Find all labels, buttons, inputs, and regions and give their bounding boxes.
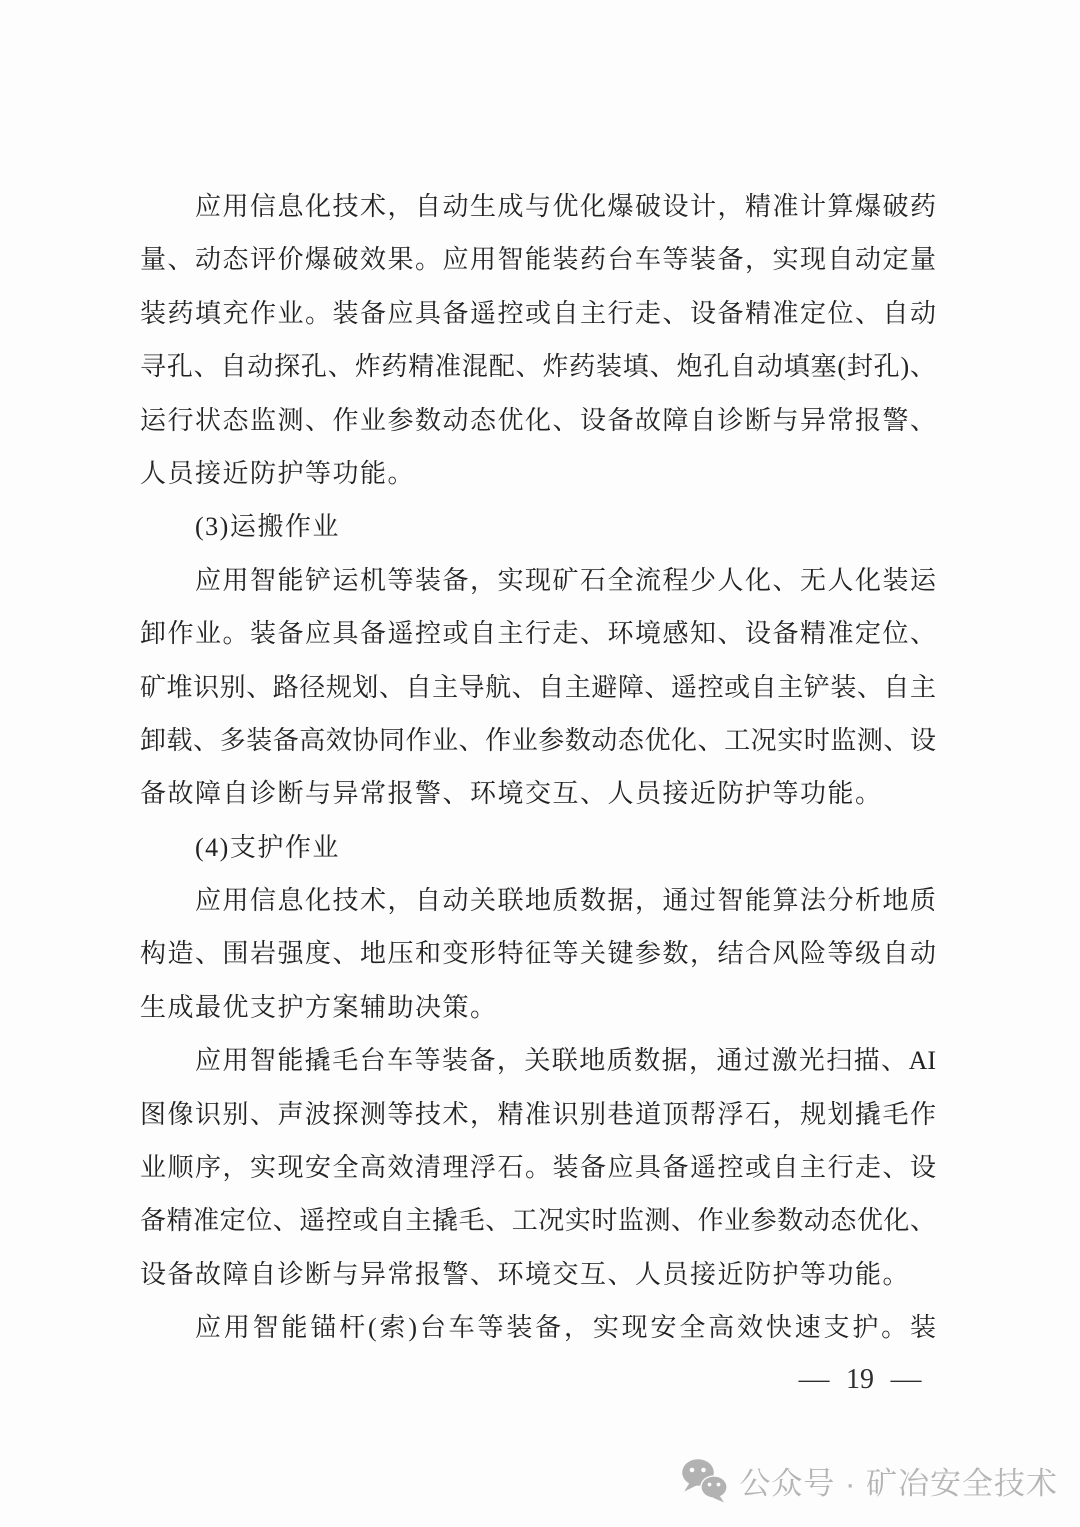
text-line: 备精准定位、遥控或自主撬毛、工况实时监测、作业参数动态优化、 <box>140 1194 936 1247</box>
text-line: 寻孔、自动探孔、炸药精准混配、炸药装填、炮孔自动填塞(封孔)、 <box>140 340 936 393</box>
text-line: 应用智能铲运机等装备，实现矿石全流程少人化、无人化装运 <box>140 554 936 607</box>
text-line: (3)运搬作业 <box>140 500 936 553</box>
text-line: 量、动态评价爆破效果。应用智能装药台车等装备，实现自动定量 <box>140 233 936 286</box>
text-line: 装药填充作业。装备应具备遥控或自主行走、设备精准定位、自动 <box>140 287 936 340</box>
text-line: 人员接近防护等功能。 <box>140 447 936 500</box>
page-number-value: 19 <box>846 1364 874 1396</box>
text-line: 应用智能锚杆(索)台车等装备，实现安全高效快速支护。装 <box>140 1301 936 1354</box>
wechat-icon <box>681 1458 728 1503</box>
wechat-watermark: 公众号 · 矿冶安全技术 <box>681 1454 1058 1506</box>
page-number-dash-left: — <box>799 1364 830 1396</box>
document-body: 应用信息化技术，自动生成与优化爆破设计，精准计算爆破药量、动态评价爆破效果。应用… <box>140 180 936 1355</box>
text-line: 备故障自诊断与异常报警、环境交互、人员接近防护等功能。 <box>140 767 936 820</box>
text-line: (4)支护作业 <box>140 821 936 874</box>
text-line: 卸载、多装备高效协同作业、作业参数动态优化、工况实时监测、设 <box>140 714 936 767</box>
text-line: 应用信息化技术，自动关联地质数据，通过智能算法分析地质 <box>140 874 936 927</box>
text-line: 应用信息化技术，自动生成与优化爆破设计，精准计算爆破药 <box>140 180 936 233</box>
document-page: 应用信息化技术，自动生成与优化爆破设计，精准计算爆破药量、动态评价爆破效果。应用… <box>0 0 1080 1527</box>
text-line: 构造、围岩强度、地压和变形特征等关键参数，结合风险等级自动 <box>140 927 936 980</box>
page-number: — 19 — <box>760 1353 960 1406</box>
text-line: 生成最优支护方案辅助决策。 <box>140 981 936 1034</box>
text-line: 图像识别、声波探测等技术，精准识别巷道顶帮浮石，规划撬毛作 <box>140 1088 936 1141</box>
text-line: 应用智能撬毛台车等装备，关联地质数据，通过激光扫描、AI <box>140 1034 936 1087</box>
watermark-text: 公众号 · 矿冶安全技术 <box>739 1458 1058 1503</box>
text-line: 卸作业。装备应具备遥控或自主行走、环境感知、设备精准定位、 <box>140 607 936 660</box>
text-line: 设备故障自诊断与异常报警、环境交互、人员接近防护等功能。 <box>140 1248 936 1301</box>
text-line: 矿堆识别、路径规划、自主导航、自主避障、遥控或自主铲装、自主 <box>140 661 936 714</box>
text-line: 运行状态监测、作业参数动态优化、设备故障自诊断与异常报警、 <box>140 394 936 447</box>
text-line: 业顺序，实现安全高效清理浮石。装备应具备遥控或自主行走、设 <box>140 1141 936 1194</box>
page-number-dash-right: — <box>891 1364 922 1396</box>
